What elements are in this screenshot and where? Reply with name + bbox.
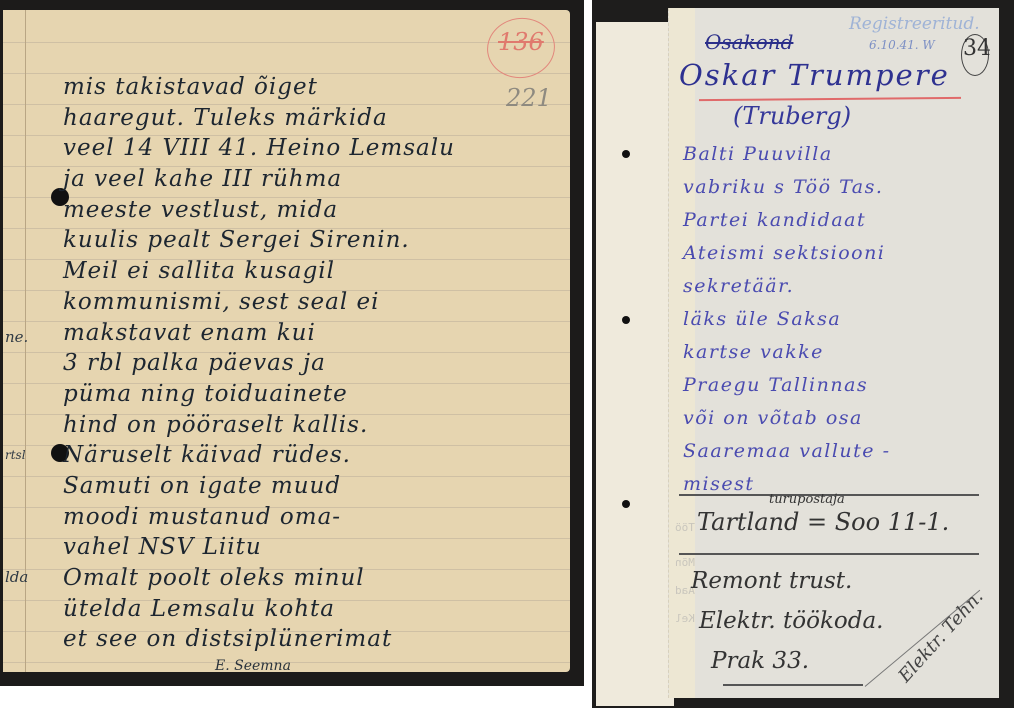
text-line: püma ning toiduainete (63, 379, 563, 410)
text-line: vahel NSV Liitu (63, 532, 563, 563)
faded-form-label: Kel (675, 612, 695, 625)
text-line: meeste vestlust, mida (63, 195, 563, 226)
punch-hole-icon (622, 500, 630, 508)
pencil-address: Tartland = Soo 11-1. (697, 508, 949, 536)
registration-date: 6.10.41. W (869, 38, 935, 52)
handwritten-text-block: mis takistavad õiget haaregut. Tuleks mä… (63, 72, 563, 655)
struck-out-word: Osakond (705, 30, 793, 54)
text-line: kommunismi, sest seal ei (63, 287, 563, 318)
text-line: Näruselt käivad rüdes. (63, 440, 563, 471)
card-text-line: kartse vakke (683, 336, 993, 369)
text-line: veel 14 VIII 41. Heino Lemsalu (63, 133, 563, 164)
notebook-page: ne. rtsl lda 136 221 mis takistavad õige… (3, 10, 570, 672)
card-text-line: Praegu Tallinnas (683, 369, 993, 402)
margin-note: ne. (5, 328, 28, 346)
page-number-stamp: 136 (498, 28, 544, 56)
card-text-block: Balti Puuvilla vabriku s Töö Tas. Partei… (683, 138, 993, 501)
punch-hole-icon (622, 150, 630, 158)
text-line: kuulis pealt Sergei Sirenin. (63, 225, 563, 256)
signature: E. Seemna (215, 658, 291, 674)
card-text-line: läks üle Saksa (683, 303, 993, 336)
text-line: ütelda Lemsalu kohta (63, 594, 563, 625)
card-number: 34 (963, 36, 991, 61)
text-line: makstavat enam kui (63, 318, 563, 349)
text-line: haaregut. Tuleks märkida (63, 103, 563, 134)
person-name: Oskar Trumpere (679, 58, 950, 92)
pencil-annotation: turupostaja (769, 492, 845, 507)
text-line: Samuti on igate muud (63, 471, 563, 502)
card-text-line: või on võtab osa (683, 402, 993, 435)
margin-note: lda (5, 568, 28, 586)
card-text-line: Saaremaa vallute - (683, 435, 993, 468)
text-line: moodi mustanud oma- (63, 502, 563, 533)
pencil-workplace: Elektr. töökoda. (699, 608, 884, 634)
pencil-rule-line (679, 553, 979, 555)
card-text-line: Balti Puuvilla (683, 138, 993, 171)
faded-form-label: Töö (675, 521, 695, 534)
text-line: hind on pööraselt kallis. (63, 410, 563, 441)
pencil-underline (723, 684, 863, 686)
margin-note: rtsl (5, 448, 26, 462)
card-text-line: Partei kandidaat (683, 204, 993, 237)
pencil-workplace: Prak 33. (711, 648, 809, 674)
pencil-diagonal-note: Elektr. Tehn. (894, 586, 987, 686)
punch-hole-icon (622, 316, 630, 324)
red-underline (699, 97, 961, 101)
left-document-scan: ne. rtsl lda 136 221 mis takistavad õige… (0, 0, 584, 686)
text-line: mis takistavad õiget (63, 72, 563, 103)
text-line: ja veel kahe III rühma (63, 164, 563, 195)
text-line: Meil ei sallita kusagil (63, 256, 563, 287)
backing-sheet (596, 22, 674, 706)
index-card: Töö Mõn Aad Kel Osakond Registreeritud. … (668, 8, 999, 698)
right-document-scan: Töö Mõn Aad Kel Osakond Registreeritud. … (592, 0, 1014, 708)
registration-stamp: Registreeritud. (849, 14, 980, 34)
card-text-line: vabriku s Töö Tas. (683, 171, 993, 204)
text-line: Omalt poolt oleks minul (63, 563, 563, 594)
card-text-line: sekretäär. (683, 270, 993, 303)
text-line: et see on distsiplünerimat (63, 624, 563, 655)
card-text-line: Ateismi sektsiooni (683, 237, 993, 270)
person-alias: (Truberg) (733, 102, 851, 130)
text-line: 3 rbl palka päevas ja (63, 348, 563, 379)
pencil-workplace: Remont trust. (691, 568, 852, 594)
